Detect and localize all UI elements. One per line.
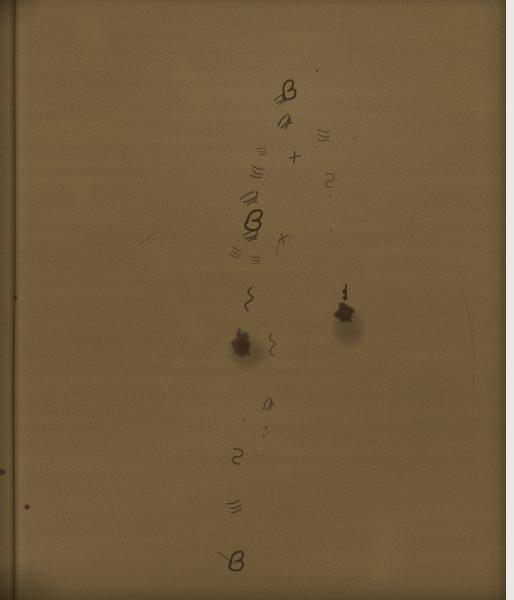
- book-cover: [0, 0, 506, 600]
- photo-frame: [0, 0, 514, 600]
